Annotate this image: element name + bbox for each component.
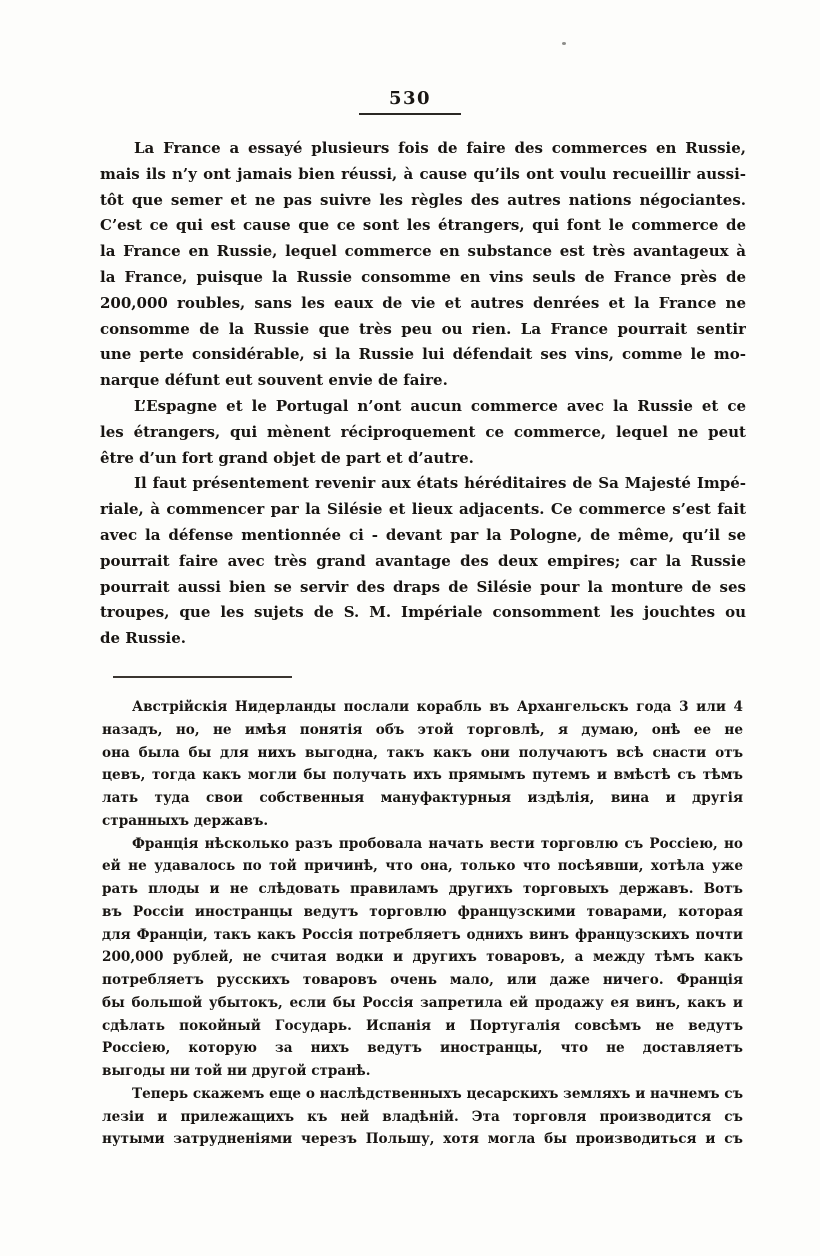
text-line: 200,000 рублей, не считая водки и других… [102,946,743,969]
text-line: 200,000 roubles, sans les eaux de vie et… [100,291,746,317]
text-line: L’Espagne et le Portugal n’ont aucun com… [100,394,746,420]
text-line: C’est ce qui est cause que ce sont les é… [100,213,746,239]
text-line: avec la défense mentionnée ci - devant p… [100,523,746,549]
footnote-separator-rule [113,676,292,678]
text-line: рать плоды и не слѣдовать правиламъ друг… [102,878,743,901]
text-line: выгоды ни той ни другой странѣ. [102,1060,743,1083]
footnote-text-russian: Австрійскія Нидерланды послали корабль в… [102,696,743,1151]
text-line: Россіею, которую за нихъ ведутъ иностран… [102,1037,743,1060]
text-line: она была бы для нихъ выгодна, такъ какъ … [102,742,743,765]
page-number: 530 [359,88,461,115]
text-line: La France a essayé plusieurs fois de fai… [100,136,746,162]
text-line: troupes, que les sujets de S. M. Impéria… [100,600,746,626]
text-line: consomme de la Russie que très peu ou ri… [100,317,746,343]
text-line: narque défunt eut souvent envie de faire… [100,368,746,394]
text-line: mais ils n’y ont jamais bien réussi, à c… [100,162,746,188]
text-line: la France en Russie, lequel commerce en … [100,239,746,265]
text-line: лезіи и прилежащихъ къ ней владѣній. Эта… [102,1106,743,1129]
text-line: Il faut présentement revenir aux états h… [100,471,746,497]
text-line: цевъ, тогда какъ могли бы получать ихъ п… [102,764,743,787]
text-line: лать туда свои собственныя мануфактурныя… [102,787,743,810]
text-line: нутыми затрудненіями черезъ Польшу, хотя… [102,1128,743,1151]
text-line: въ Россіи иностранцы ведутъ торговлю фра… [102,901,743,924]
text-line: tôt que semer et ne pas suivre les règle… [100,188,746,214]
text-line: Франція нѣсколько разъ пробовала начать … [102,833,743,856]
text-line: pourrait faire avec très grand avantage … [100,549,746,575]
scan-speck [562,42,566,45]
paragraph: Il faut présentement revenir aux états h… [100,471,746,652]
text-line: назадъ, но, не имѣя понятія объ этой тор… [102,719,743,742]
text-line: de Russie. [100,626,746,652]
text-line: странныхъ державъ. [102,810,743,833]
paragraph: Теперь скажемъ еще о наслѣдственныхъ цес… [102,1083,743,1151]
paragraph: L’Espagne et le Portugal n’ont aucun com… [100,394,746,471]
text-line: être d’un fort grand objet de part et d’… [100,446,746,472]
text-line: Теперь скажемъ еще о наслѣдственныхъ цес… [102,1083,743,1106]
paragraph: Франція нѣсколько разъ пробовала начать … [102,833,743,1083]
paragraph: La France a essayé plusieurs fois de fai… [100,136,746,394]
book-page: 530 La France a essayé plusieurs fois de… [0,0,820,1256]
text-line: для Франціи, такъ какъ Россія потребляет… [102,924,743,947]
text-line: les étrangers, qui mènent réciproquement… [100,420,746,446]
text-line: Австрійскія Нидерланды послали корабль в… [102,696,743,719]
page-header: 530 [0,88,820,115]
text-line: ей не удавалось по той причинѣ, что она,… [102,855,743,878]
text-line: потребляетъ русскихъ товаровъ очень мало… [102,969,743,992]
text-line: riale, à commencer par la Silésie et lie… [100,497,746,523]
text-line: la France, puisque la Russie consomme en… [100,265,746,291]
paragraph: Австрійскія Нидерланды послали корабль в… [102,696,743,833]
text-line: pourrait aussi bien se servir des draps … [100,575,746,601]
main-text-french: La France a essayé plusieurs fois de fai… [100,136,746,652]
text-line: сдѣлать покойный Государь. Испанія и Пор… [102,1015,743,1038]
text-line: une perte considérable, si la Russie lui… [100,342,746,368]
text-line: бы большой убытокъ, если бы Россія запре… [102,992,743,1015]
